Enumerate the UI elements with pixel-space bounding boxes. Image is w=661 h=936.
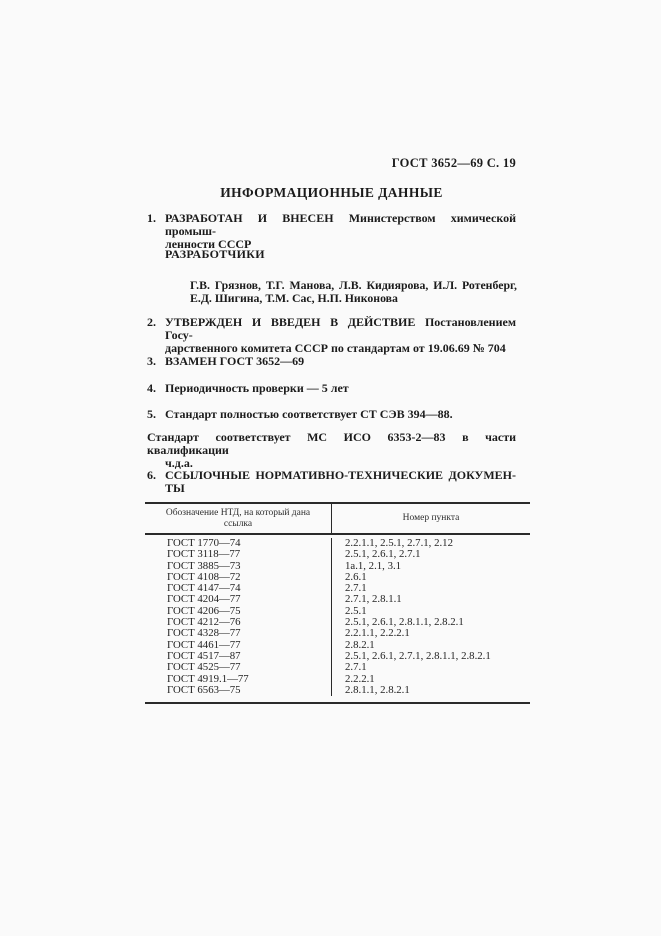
item-3-line-1: ВЗАМЕН ГОСТ 3652—69: [165, 355, 516, 368]
developers-heading: РАЗРАБОТЧИКИ: [165, 247, 265, 262]
document-page: ГОСТ 3652—69 С. 19 ИНФОРМАЦИОННЫЕ ДАННЫЕ…: [0, 0, 661, 936]
ntd-reference-table: Обозначение НТД, на который дана ссылка …: [145, 502, 530, 704]
doc-designation: ГОСТ 3118—77: [145, 549, 332, 560]
doc-designation: ГОСТ 4328—77: [145, 628, 332, 639]
developers-line-2: Е.Д. Шигина, Т.М. Сас, Н.П. Никонова: [190, 292, 517, 305]
clause-numbers: 2.2.1.1, 2.2.2.1: [332, 628, 530, 639]
table-header-row: Обозначение НТД, на который дана ссылка …: [145, 504, 530, 535]
item-2: 2. УТВЕРЖДЕН И ВВЕДЕН В ДЕЙСТВИЕ Постано…: [147, 316, 516, 355]
iso-note: Стандарт соответствует МС ИСО 6353-2—83 …: [147, 431, 516, 470]
item-3: 3. ВЗАМЕН ГОСТ 3652—69: [147, 355, 516, 368]
item-5-number: 5.: [147, 408, 156, 421]
item-6-number: 6.: [147, 469, 156, 482]
doc-designation: ГОСТ 6563—75: [145, 685, 332, 696]
item-1: 1. РАЗРАБОТАН И ВНЕСЕН Министерством хим…: [147, 212, 516, 251]
item-2-line-1: УТВЕРЖДЕН И ВВЕДЕН В ДЕЙСТВИЕ Постановле…: [165, 316, 516, 342]
item-1-line-1: РАЗРАБОТАН И ВНЕСЕН Министерством химиче…: [165, 212, 516, 238]
table-row: ГОСТ 6563—75 2.8.1.1, 2.8.2.1: [145, 685, 530, 696]
item-1-number: 1.: [147, 212, 156, 225]
item-6-line-2: ТЫ: [165, 482, 516, 495]
iso-note-line-1: Стандарт соответствует МС ИСО 6353-2—83 …: [147, 431, 516, 457]
item-2-number: 2.: [147, 316, 156, 329]
clause-numbers: 2.7.1: [332, 662, 530, 673]
table-header-designation: Обозначение НТД, на который дана ссылка: [145, 504, 332, 533]
table-row: ГОСТ 4328—77 2.2.1.1, 2.2.2.1: [145, 628, 530, 639]
item-6-line-1: ССЫЛОЧНЫЕ НОРМАТИВНО-ТЕХНИЧЕСКИЕ ДОКУМЕН…: [165, 469, 516, 482]
clause-numbers: 2.5.1, 2.6.1, 2.7.1: [332, 549, 530, 560]
developers-list: Г.В. Грязнов, Т.Г. Манова, Л.В. Кидияров…: [190, 279, 517, 305]
table-header-clause: Номер пункта: [332, 504, 530, 533]
table-row: ГОСТ 3118—77 2.5.1, 2.6.1, 2.7.1: [145, 549, 530, 560]
clause-numbers: 2.8.1.1, 2.8.2.1: [332, 685, 530, 696]
item-3-number: 3.: [147, 355, 156, 368]
page-title: ИНФОРМАЦИОННЫЕ ДАННЫЕ: [147, 185, 516, 201]
table-body: ГОСТ 1770—74 2.2.1.1, 2.5.1, 2.7.1, 2.12…: [145, 535, 530, 704]
item-4-number: 4.: [147, 382, 156, 395]
doc-designation: ГОСТ 4525—77: [145, 662, 332, 673]
item-6: 6. ССЫЛОЧНЫЕ НОРМАТИВНО-ТЕХНИЧЕСКИЕ ДОКУ…: [147, 469, 516, 495]
item-5-line-1: Стандарт полностью соответствует СТ СЭВ …: [165, 408, 516, 421]
item-4: 4. Периодичность проверки — 5 лет: [147, 382, 516, 395]
item-5: 5. Стандарт полностью соответствует СТ С…: [147, 408, 516, 421]
running-header: ГОСТ 3652—69 С. 19: [147, 156, 516, 171]
item-4-line-1: Периодичность проверки — 5 лет: [165, 382, 516, 395]
table-row: ГОСТ 4525—77 2.7.1: [145, 662, 530, 673]
